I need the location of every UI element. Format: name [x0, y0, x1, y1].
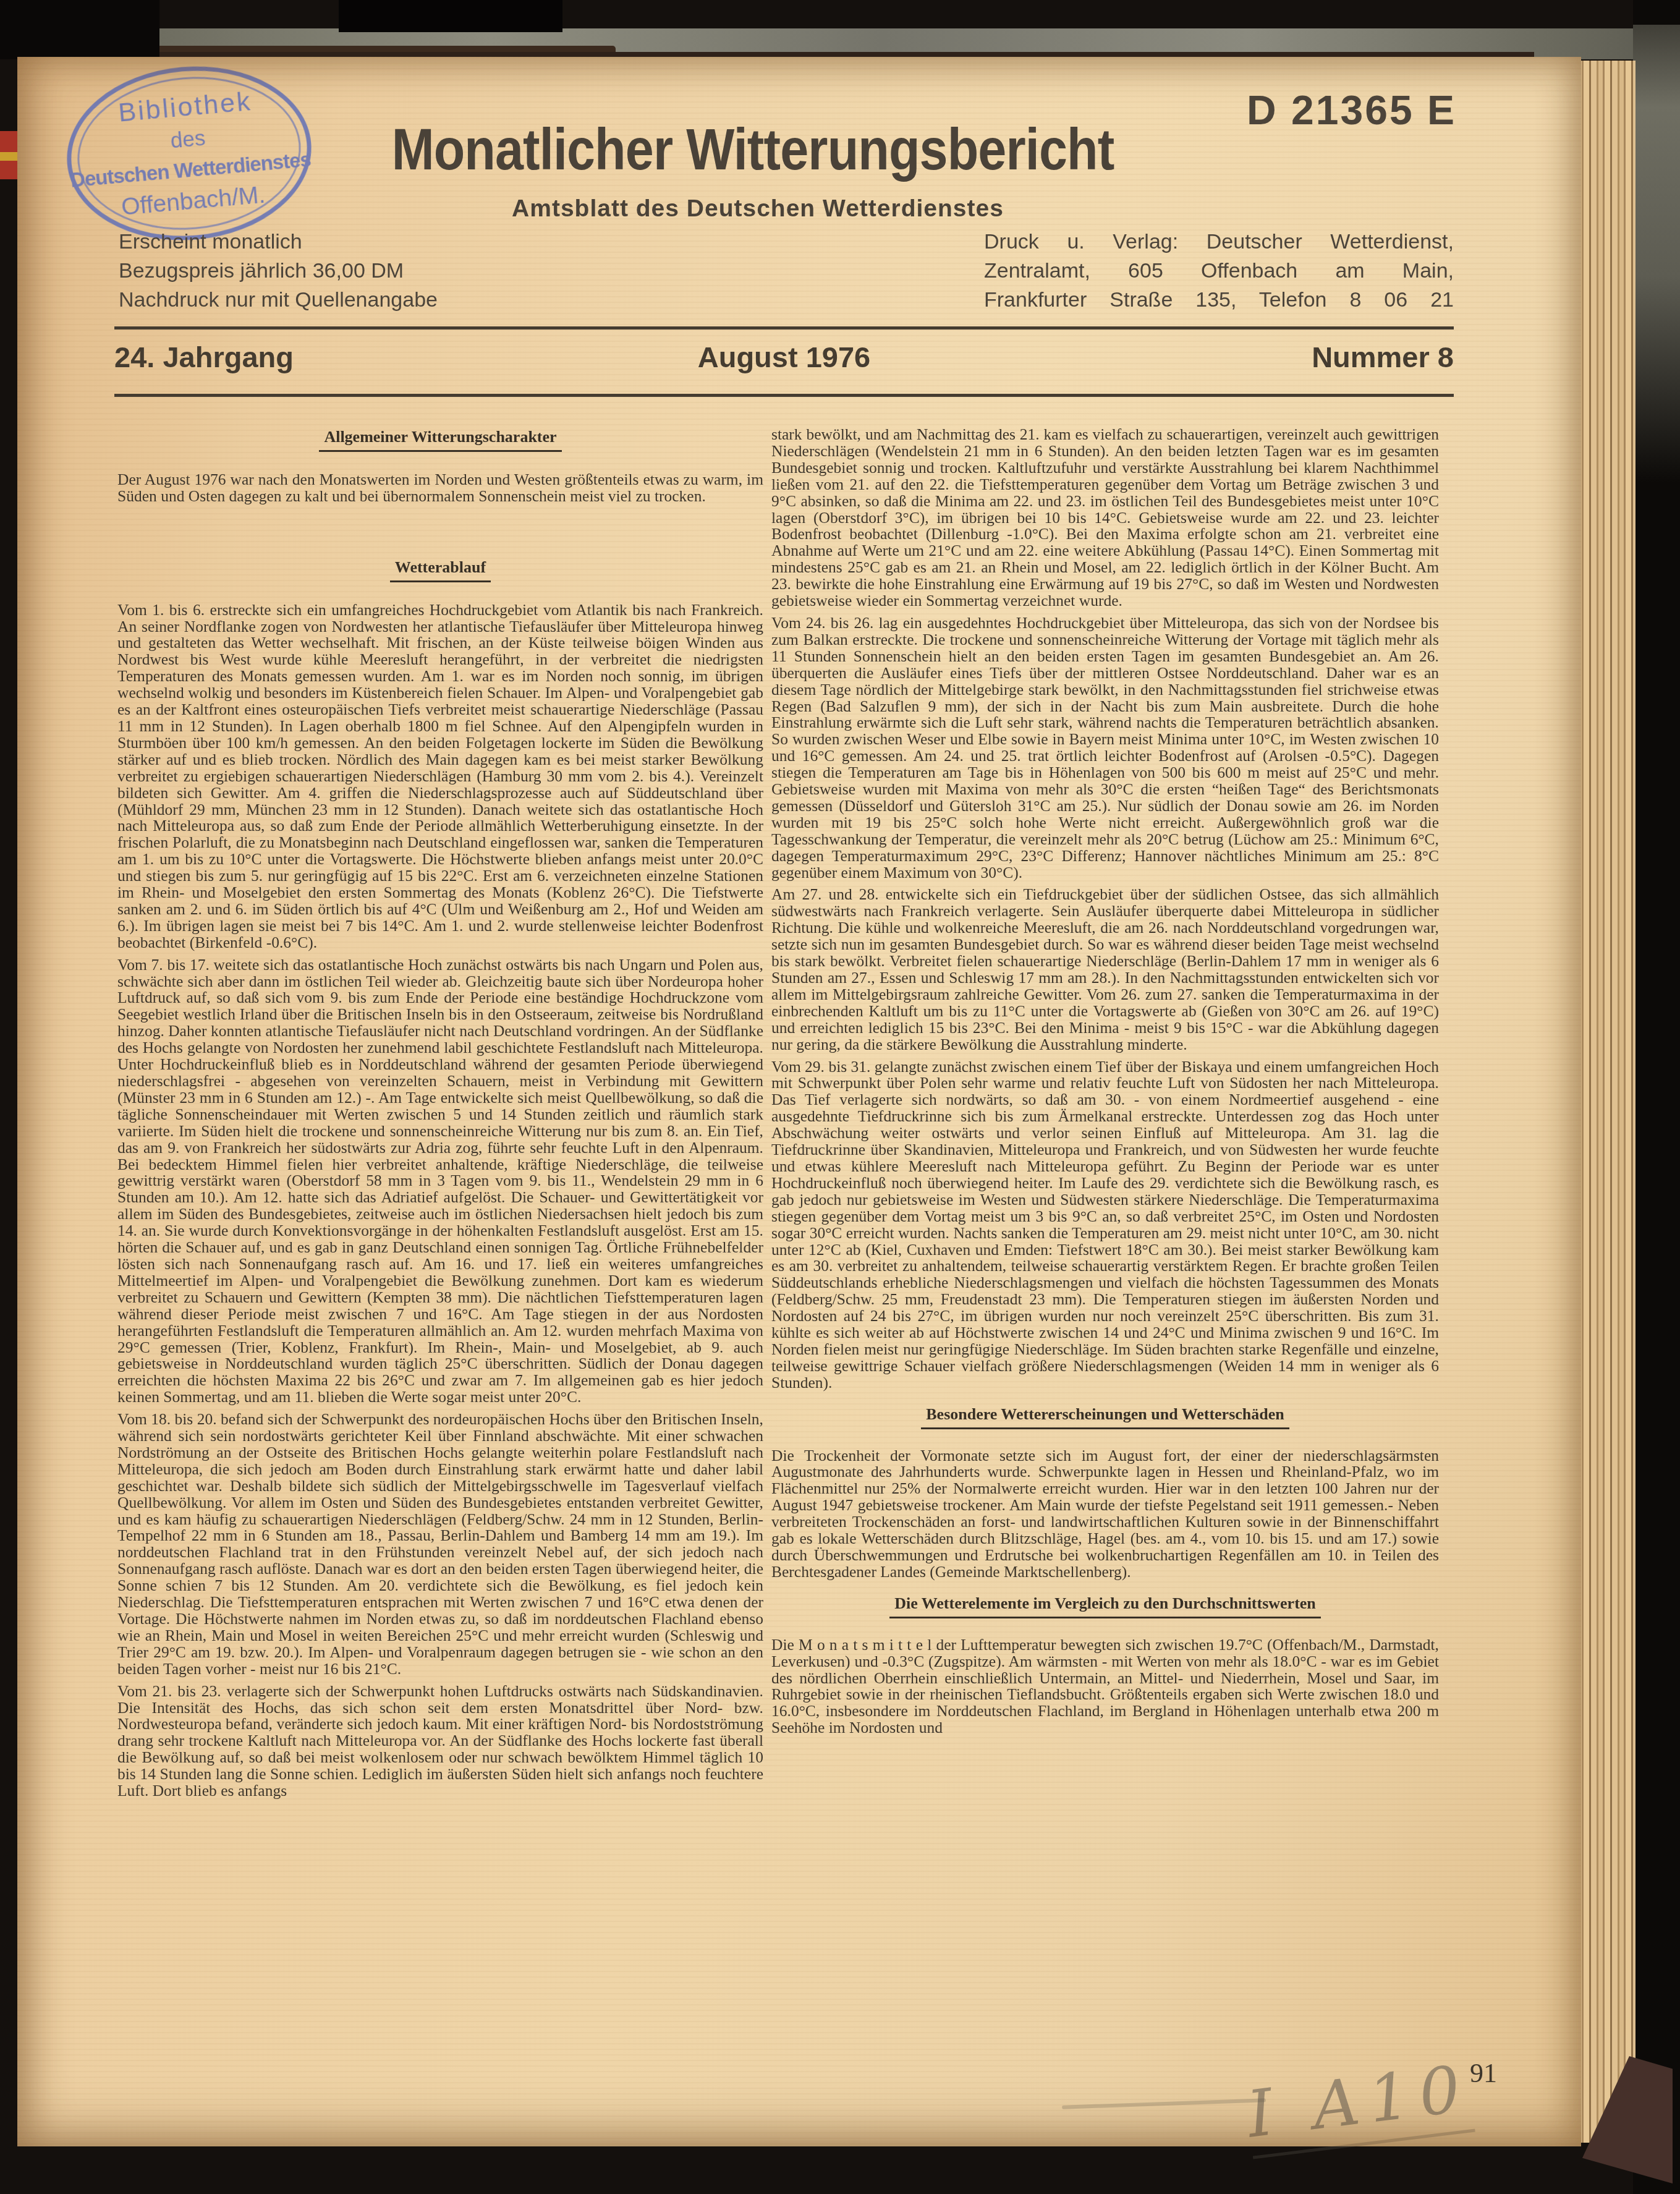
- library-stamp: Bibliothek des Deutschen Wetterdienstes …: [60, 56, 319, 250]
- paragraph: Die M o n a t s m i t t e l der Lufttemp…: [771, 1637, 1439, 1737]
- paragraph: Vom 18. bis 20. befand sich der Schwerpu…: [117, 1411, 763, 1678]
- stamp-line: Deutschen Wetterdienstes: [69, 147, 312, 192]
- page-title: Monatlicher Witterungsbericht: [392, 116, 1114, 183]
- section-heading-weather-elements: Die Wetterelemente im Vergleich zu den D…: [771, 1596, 1439, 1618]
- stamp-text: Bibliothek des Deutschen Wetterdienstes …: [60, 56, 319, 250]
- publisher-info-line: Zentralamt, 605 Offenbach am Main,: [984, 257, 1454, 286]
- publication-info-line: Erscheint monatlich: [119, 227, 438, 257]
- left-column: Allgemeiner Witterungscharakter Der Augu…: [117, 427, 763, 1805]
- document-page: Bibliothek des Deutschen Wetterdienstes …: [17, 57, 1581, 2146]
- page-subtitle: Amtsblatt des Deutschen Wetterdienstes: [512, 195, 1004, 223]
- paragraph: Vom 29. bis 31. gelangte zunächst zwisch…: [771, 1059, 1439, 1392]
- stamp-line: Offenbach/M.: [121, 181, 266, 221]
- paragraph: Vom 1. bis 6. erstreckte sich ein umfang…: [117, 602, 763, 951]
- scan-background: [0, 0, 159, 59]
- publication-info-line: Nachdruck nur mit Quellenangabe: [119, 286, 438, 315]
- issue-number: Nummer 8: [1008, 340, 1454, 374]
- paragraph: Die Trockenheit der Vormonate setzte sic…: [771, 1448, 1439, 1581]
- paragraph: stark bewölkt, und am Nachmittag des 21.…: [771, 427, 1439, 610]
- publisher-info-line: Druck u. Verlag: Deutscher Wetterdienst,: [984, 227, 1454, 257]
- paragraph: Vom 21. bis 23. verlagerte sich der Schw…: [117, 1683, 763, 1800]
- publisher-info-line: Frankfurter Straße 135, Telefon 8 06 21: [984, 286, 1454, 315]
- paragraph: Vom 7. bis 17. weitete sich das ostatlan…: [117, 957, 763, 1406]
- stamp-line: Bibliothek: [117, 86, 253, 128]
- right-column: stark bewölkt, und am Nachmittag des 21.…: [771, 427, 1439, 1742]
- paragraph: Am 27. und 28. entwickelte sich ein Tief…: [771, 887, 1439, 1053]
- publication-info-line: Bezugspreis jährlich 36,00 DM: [119, 257, 438, 286]
- section-heading-weather-course: Wetterablauf: [117, 559, 763, 582]
- paragraph: Vom 24. bis 26. lag ein ausgedehntes Hoc…: [771, 615, 1439, 882]
- stamp-line: des: [169, 125, 206, 153]
- scan-background: [339, 0, 562, 32]
- page-number: 91: [1470, 2057, 1497, 2089]
- book-scan: Bibliothek des Deutschen Wetterdienstes …: [0, 0, 1680, 2194]
- issue-row: 24. Jahrgang August 1976 Nummer 8: [114, 340, 1454, 374]
- section-heading-general-character: Allgemeiner Witterungscharakter: [117, 429, 763, 452]
- section-heading-special-phenomena: Besondere Wettererscheinungen und Wetter…: [771, 1406, 1439, 1429]
- binding-fabric-right: [1633, 25, 1680, 482]
- paragraph: Der August 1976 war nach den Monatswerte…: [117, 472, 763, 505]
- volume-label: 24. Jahrgang: [114, 340, 561, 374]
- publisher-info: Druck u. Verlag: Deutscher Wetterdienst,…: [984, 227, 1454, 315]
- pencil-stroke: [1062, 2098, 1266, 2109]
- issue-date: August 1976: [561, 340, 1007, 374]
- handwritten-mark: I A10: [1243, 2050, 1475, 2159]
- page-edges: [1577, 61, 1635, 2143]
- postal-registration-code: D 21365 E: [1247, 87, 1456, 134]
- masthead-rule-bottom: [114, 394, 1454, 397]
- publication-info: Erscheint monatlich Bezugspreis jährlich…: [119, 227, 438, 315]
- masthead-rule-top: [114, 326, 1454, 330]
